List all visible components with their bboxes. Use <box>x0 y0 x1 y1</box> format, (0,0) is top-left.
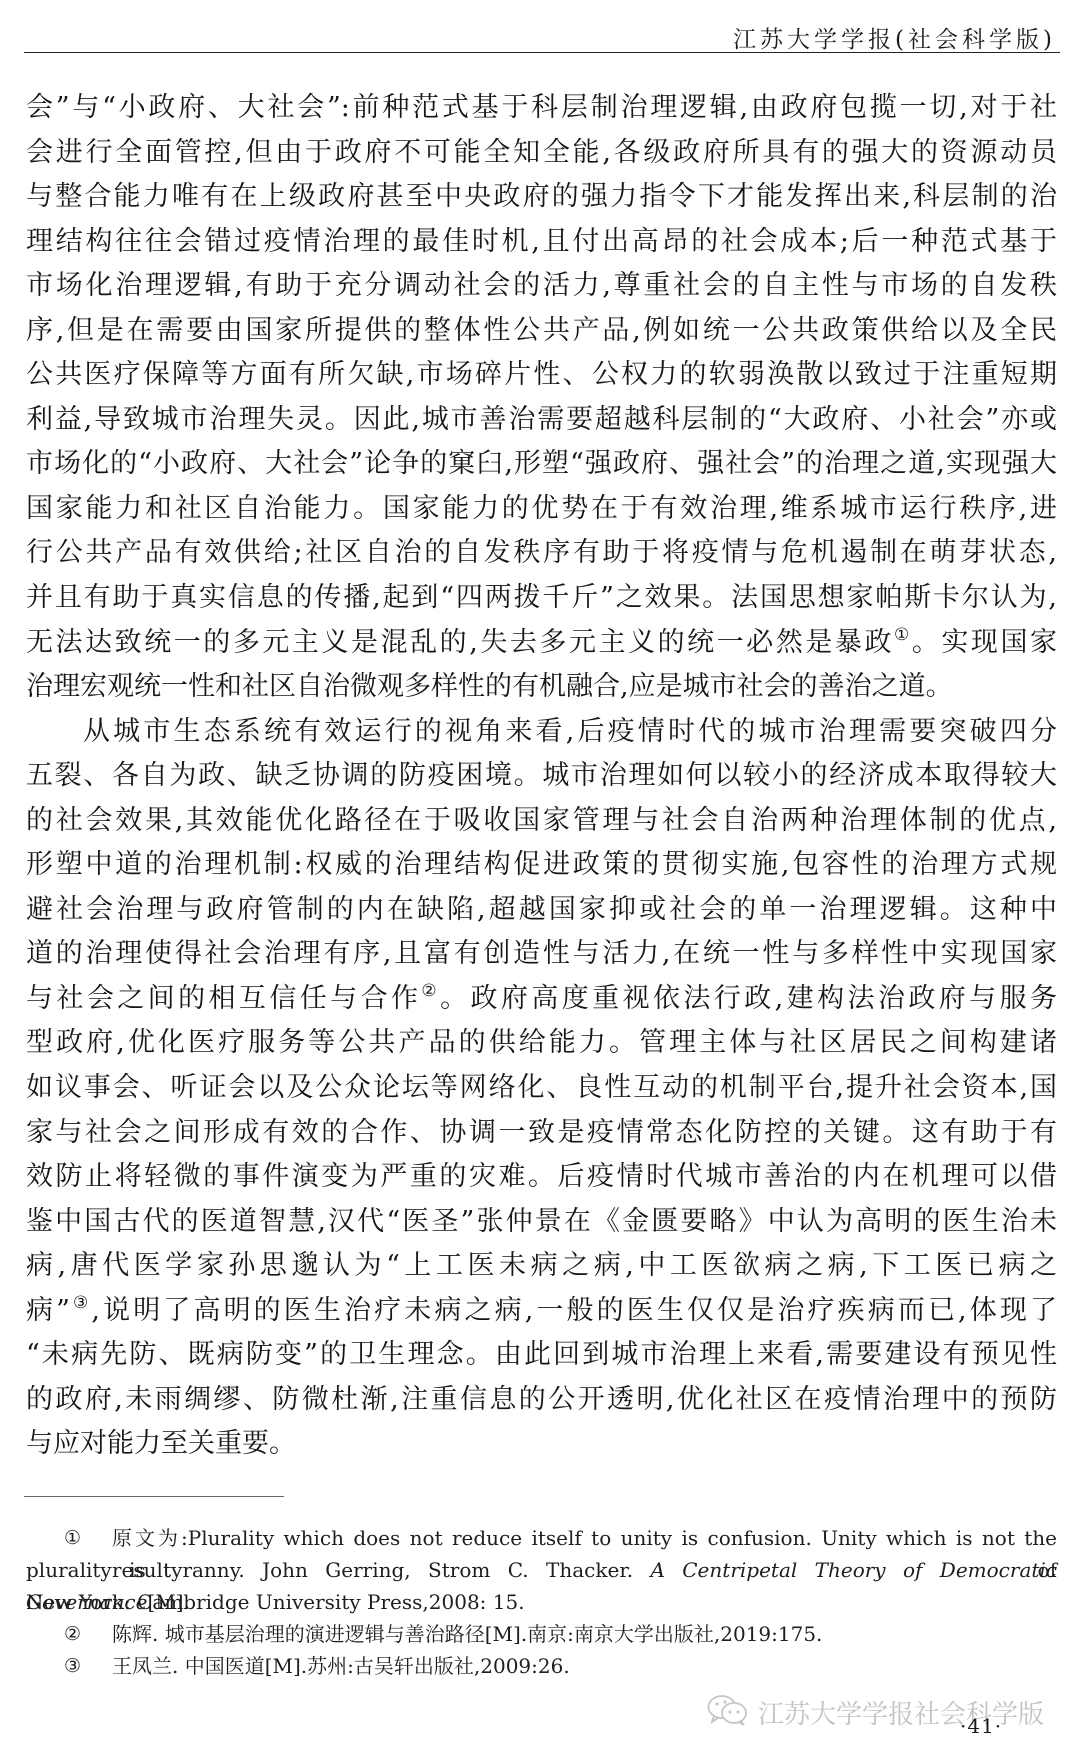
paragraph: 从城市生态系统有效运行的视角来看,后疫情时代的城市治理需要突破四分 五裂、各自为… <box>26 710 1057 1467</box>
body-line: 与应对能力至关重要。 <box>26 1422 1057 1467</box>
body-line: 治理宏观统一性和社区自治微观多样性的有机融合,应是城市社会的善治之道。 <box>26 665 1057 710</box>
journal-page: 江苏大学学报(社会科学版) 会”与“小政府、大社会”:前种范式基于科层制治理逻辑… <box>0 0 1080 1762</box>
body-line: 行公共产品有效供给;社区自治的自发秩序有助于将疫情与危机遏制在萌芽状态, <box>26 531 1057 576</box>
footnote-line: ②陈辉. 城市基层治理的演进逻辑与善治路径[M].南京:南京大学出版社,2019… <box>26 1618 1057 1650</box>
footnote-ref: ③ <box>70 1293 91 1313</box>
footnote-ref: ① <box>894 625 912 645</box>
body-line: 市场化治理逻辑,有助于充分调动社会的活力,尊重社会的自主性与市场的自发秩 <box>26 264 1057 309</box>
body-line: 并且有助于真实信息的传播,起到“四两拨千斤”之效果。法国思想家帕斯卡尔认为, <box>26 576 1057 621</box>
body-line: “未病先防、既病防变”的卫生理念。由此回到城市治理上来看,需要建设有预见性 <box>26 1333 1057 1378</box>
header-rule <box>24 52 1060 53</box>
line-text: 无法达致统一的多元主义是混乱的,失去多元主义的统一必然是暴政 <box>26 627 894 658</box>
body-line: 型政府,优化医疗服务等公共产品的供给能力。管理主体与社区居民之间构建诸 <box>26 1021 1057 1066</box>
body-line: 病,唐代医学家孙思邈认为“上工医未病之病,中工医欲病之病,下工医已病之 <box>26 1244 1057 1289</box>
footnote-text: 陈辉. 城市基层治理的演进逻辑与善治路径[M].南京:南京大学出版社,2019:… <box>112 1622 822 1646</box>
body-line: 序,但是在需要由国家所提供的整体性公共产品,例如统一公共政策供给以及全民 <box>26 309 1057 354</box>
body-line: 五裂、各自为政、缺乏协调的防疫困境。城市治理如何以较小的经济成本取得较大 <box>26 754 1057 799</box>
body-line: 道的治理使得社会治理有序,且富有创造性与活力,在统一性与多样性中实现国家 <box>26 932 1057 977</box>
body-line: 理结构往往会错过疫情治理的最佳时机,且付出高昂的社会成本;后一种范式基于 <box>26 220 1057 265</box>
footnotes: ①原文为:Plurality which does not reduce its… <box>26 1522 1057 1682</box>
footnote-line: ①原文为:Plurality which does not reduce its… <box>26 1522 1057 1554</box>
footnote-marker: ② <box>64 1618 81 1650</box>
footnote-text: 王凤兰. 中国医道[M].苏州:古吴轩出版社,2009:26. <box>112 1654 570 1678</box>
page-number: ·41· <box>960 1713 1002 1739</box>
body-line: 与整合能力唯有在上级政府甚至中央政府的强力指令下才能发挥出来,科层制的治 <box>26 175 1057 220</box>
line-text: 。实现国家 <box>912 627 1057 658</box>
footnote-line: ③王凤兰. 中国医道[M].苏州:古吴轩出版社,2009:26. <box>26 1650 1057 1682</box>
footnote-marker: ① <box>64 1522 81 1554</box>
body-line: 无法达致统一的多元主义是混乱的,失去多元主义的统一必然是暴政①。实现国家 <box>26 621 1057 666</box>
body-line: 国家能力和社区自治能力。国家能力的优势在于有效治理,维系城市运行秩序,进 <box>26 487 1057 532</box>
footnote-text: plurality is tyranny. John Gerring, Stro… <box>26 1558 650 1582</box>
footnote-line: New York: Cambridge University Press,200… <box>26 1586 1057 1618</box>
wechat-icon <box>706 1693 758 1737</box>
paragraph: 会”与“小政府、大社会”:前种范式基于科层制治理逻辑,由政府包揽一切,对于社 会… <box>26 86 1057 710</box>
body-text: 会”与“小政府、大社会”:前种范式基于科层制治理逻辑,由政府包揽一切,对于社 会… <box>26 86 1057 1467</box>
body-line: 从城市生态系统有效运行的视角来看,后疫情时代的城市治理需要突破四分 <box>26 710 1057 755</box>
body-line: 鉴中国古代的医道智慧,汉代“医圣”张仲景在《金匮要略》中认为高明的医生治未 <box>26 1200 1057 1245</box>
body-line: 如议事会、听证会以及公众论坛等网络化、良性互动的机制平台,提升社会资本,国 <box>26 1066 1057 1111</box>
body-line: 形塑中道的治理机制:权威的治理结构促进政策的贯彻实施,包容性的治理方式规 <box>26 843 1057 888</box>
body-line: 病”③,说明了高明的医生治疗未病之病,一般的医生仅仅是治疗疾病而已,体现了 <box>26 1289 1057 1334</box>
body-line: 效防止将轻微的事件演变为严重的灾难。后疫情时代城市善治的内在机理可以借 <box>26 1155 1057 1200</box>
body-line: 会”与“小政府、大社会”:前种范式基于科层制治理逻辑,由政府包揽一切,对于社 <box>26 86 1057 131</box>
body-line: 市场化的“小政府、大社会”论争的窠臼,形塑“强政府、强社会”的治理之道,实现强大 <box>26 442 1057 487</box>
body-line: 的政府,未雨绸缪、防微杜渐,注重信息的公开透明,优化社区在疫情治理中的预防 <box>26 1378 1057 1423</box>
body-line: 的社会效果,其效能优化路径在于吸收国家管理与社会自治两种治理体制的优点, <box>26 799 1057 844</box>
body-line: 避社会治理与政府管制的内在缺陷,超越国家抑或社会的单一治理逻辑。这种中 <box>26 888 1057 933</box>
line-text: ,说明了高明的医生治疗未病之病,一般的医生仅仅是治疗疾病而已,体现了 <box>91 1295 1057 1326</box>
body-line: 家与社会之间形成有效的合作、协调一致是疫情常态化防控的关键。这有助于有 <box>26 1111 1057 1156</box>
footnote-item: ①原文为:Plurality which does not reduce its… <box>26 1522 1057 1618</box>
footnote-separator <box>24 1496 284 1497</box>
body-line: 利益,导致城市治理失灵。因此,城市善治需要超越科层制的“大政府、小社会”亦或 <box>26 398 1057 443</box>
footnote-line: plurality is tyranny. John Gerring, Stro… <box>26 1554 1057 1586</box>
footnote-item: ②陈辉. 城市基层治理的演进逻辑与善治路径[M].南京:南京大学出版社,2019… <box>26 1618 1057 1650</box>
line-text: 。政府高度重视依法行政,建构法治政府与服务 <box>440 983 1057 1014</box>
footnote-marker: ③ <box>64 1650 81 1682</box>
footnote-ref: ② <box>421 981 440 1001</box>
body-line: 会进行全面管控,但由于政府不可能全知全能,各级政府所具有的强大的资源动员 <box>26 131 1057 176</box>
body-line: 公共医疗保障等方面有所欠缺,市场碎片性、公权力的软弱涣散以致过于注重短期 <box>26 353 1057 398</box>
line-text: 病” <box>26 1295 70 1326</box>
journal-title: 江苏大学学报(社会科学版) <box>733 26 1056 54</box>
footnote-item: ③王凤兰. 中国医道[M].苏州:古吴轩出版社,2009:26. <box>26 1650 1057 1682</box>
body-line: 与社会之间的相互信任与合作②。政府高度重视依法行政,建构法治政府与服务 <box>26 977 1057 1022</box>
line-text: 与社会之间的相互信任与合作 <box>26 983 421 1014</box>
